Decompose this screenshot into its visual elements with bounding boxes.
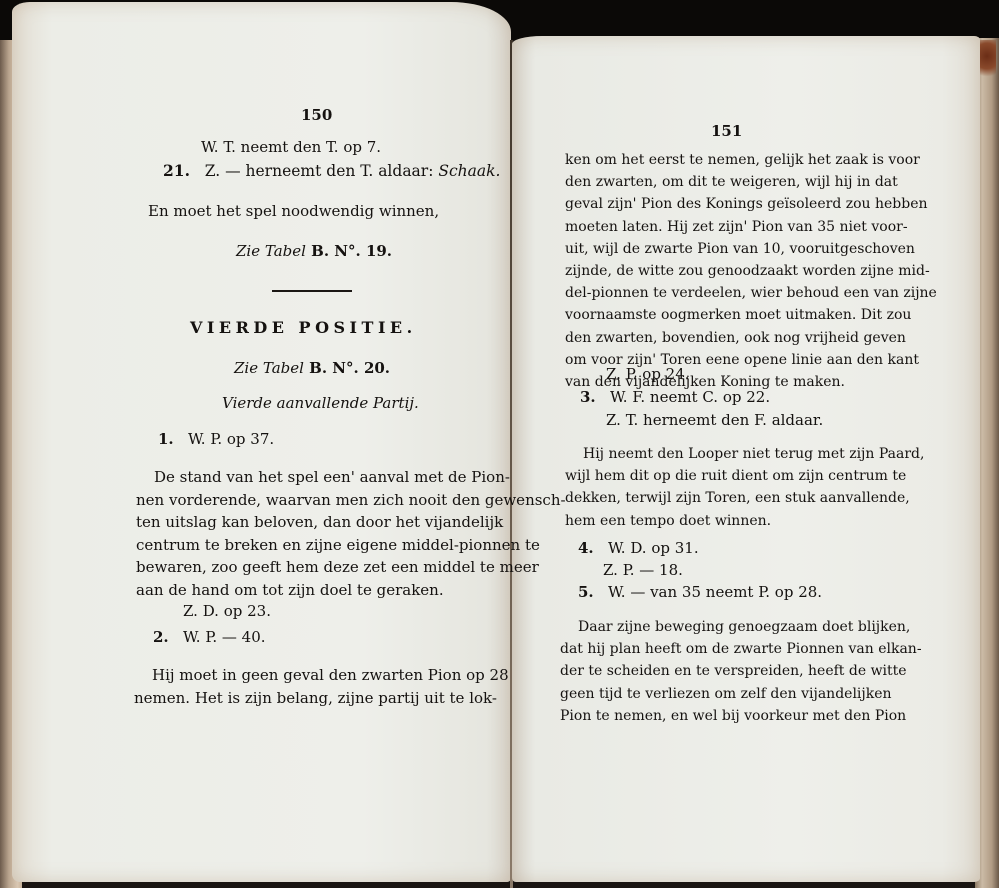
paragraph-line: Pion te nemen, en wel bij voorkeur met d… (560, 705, 866, 727)
paragraph-line: den zwarten, bovendien, ook nog vrijheid… (565, 327, 867, 349)
paragraph-line: wijl hem dit op die ruit dient om zijn c… (565, 465, 867, 487)
conclusion-text: En moet het spel noodwendig winnen, (148, 200, 439, 223)
paragraph-line: nen vorderende, waarvan men zich nooit d… (136, 489, 458, 512)
move-number: 5. (578, 583, 594, 601)
move-line: W. T. neemt den T. op 7. (201, 136, 381, 159)
paragraph-line: Hij moet in geen geval den zwarten Pion … (134, 664, 458, 687)
paragraph: Hij neemt den Looper niet terug met zijn… (565, 443, 867, 532)
move-line: 1. W. P. op 37. (158, 428, 274, 451)
paragraph-line: centrum te breken en zijne eigene middel… (136, 534, 458, 557)
paragraph-line: dekken, terwijl zijn Toren, een stuk aan… (565, 487, 867, 509)
move-text: W. P. — 40. (183, 628, 266, 646)
move-number: 21. (163, 161, 190, 180)
move-line: 4. W. D. op 31. (578, 537, 699, 560)
paragraph-line: nemen. Het is zijn belang, zijne partij … (134, 687, 458, 710)
move-text: W. P. op 37. (188, 430, 274, 448)
move-number: 1. (158, 430, 174, 448)
move-text: Z. — herneemt den T. aldaar: (205, 162, 439, 180)
page-number-left: 150 (301, 106, 332, 124)
move-line: 5. W. — van 35 neemt P. op 28. (578, 581, 822, 604)
subheading: Vierde aanvallende Partij. (222, 392, 419, 415)
move-text: W. D. op 31. (608, 539, 699, 557)
table-ref-prefix: Zie Tabel (236, 242, 306, 260)
paragraph: Hij moet in geen geval den zwarten Pion … (134, 664, 458, 709)
move-line: Z. P. — 18. (603, 559, 683, 582)
paragraph-line: zijnde, de witte zou genoodzaakt worden … (565, 260, 867, 282)
table-ref-number: B. N°. 20. (304, 359, 390, 377)
paragraph-line: Daar zijne beweging genoegzaam doet blij… (560, 616, 866, 638)
paragraph-line: geen tijd te verliezen om zelf den vijan… (560, 683, 866, 705)
table-reference: Zie Tabel B. N°. 19. (236, 240, 392, 263)
move-line: Z. D. op 23. (183, 600, 271, 623)
paragraph-line: den zwarten, om dit te weigeren, wijl hi… (565, 171, 867, 193)
section-divider (272, 290, 352, 292)
paragraph-line: der te scheiden en te verspreiden, heeft… (560, 660, 866, 682)
move-line: Z. P. op 24. (606, 363, 690, 386)
move-text: W. — van 35 neemt P. op 28. (608, 583, 822, 601)
paragraph-line: hem een tempo doet winnen. (565, 510, 867, 532)
binding-stain (978, 40, 996, 80)
section-heading: VIERDE POSITIE. (190, 318, 417, 337)
move-line: 3. W. F. neemt C. op 22. (580, 386, 770, 409)
paragraph: Daar zijne beweging genoegzaam doet blij… (560, 616, 866, 727)
page-number-right: 151 (711, 122, 742, 140)
paragraph-line: del-pionnen te verdeelen, wier behoud ee… (565, 282, 867, 304)
paragraph: De stand van het spel een' aanval met de… (136, 466, 458, 601)
paragraph-line: ken om het eerst te nemen, gelijk het za… (565, 149, 867, 171)
move-number: 2. (153, 628, 169, 646)
paragraph-line: aan de hand om tot zijn doel te geraken. (136, 579, 458, 602)
table-reference: Zie Tabel B. N°. 20. (234, 357, 390, 380)
move-text: W. T. neemt den T. op 7. (201, 138, 381, 156)
move-line: Z. T. herneemt den F. aldaar. (606, 409, 823, 432)
move-number: 4. (578, 539, 594, 557)
paragraph-line: geval zijn' Pion des Konings geïsoleerd … (565, 193, 867, 215)
move-annotation: Schaak. (438, 162, 500, 180)
paragraph-line: uit, wijl de zwarte Pion van 10, vooruit… (565, 238, 867, 260)
paragraph-line: De stand van het spel een' aanval met de… (136, 466, 458, 489)
paragraph-line: ten uitslag kan beloven, dan door het vi… (136, 511, 458, 534)
paragraph-line: voornaamste oogmerken moet uitmaken. Dit… (565, 304, 867, 326)
paragraph: ken om het eerst te nemen, gelijk het za… (565, 149, 867, 393)
paragraph-line: moeten laten. Hij zet zijn' Pion van 35 … (565, 216, 867, 238)
table-ref-number: B. N°. 19. (306, 242, 392, 260)
paragraph-line: dat hij plan heeft om de zwarte Pionnen … (560, 638, 866, 660)
move-number: 3. (580, 388, 596, 406)
paragraph-line: Hij neemt den Looper niet terug met zijn… (565, 443, 867, 465)
table-ref-prefix: Zie Tabel (234, 359, 304, 377)
move-line: 21. Z. — herneemt den T. aldaar: Schaak. (163, 160, 500, 183)
move-text: W. F. neemt C. op 22. (610, 388, 770, 406)
move-line: 2. W. P. — 40. (153, 626, 266, 649)
paragraph-line: bewaren, zoo geeft hem deze zet een midd… (136, 556, 458, 579)
